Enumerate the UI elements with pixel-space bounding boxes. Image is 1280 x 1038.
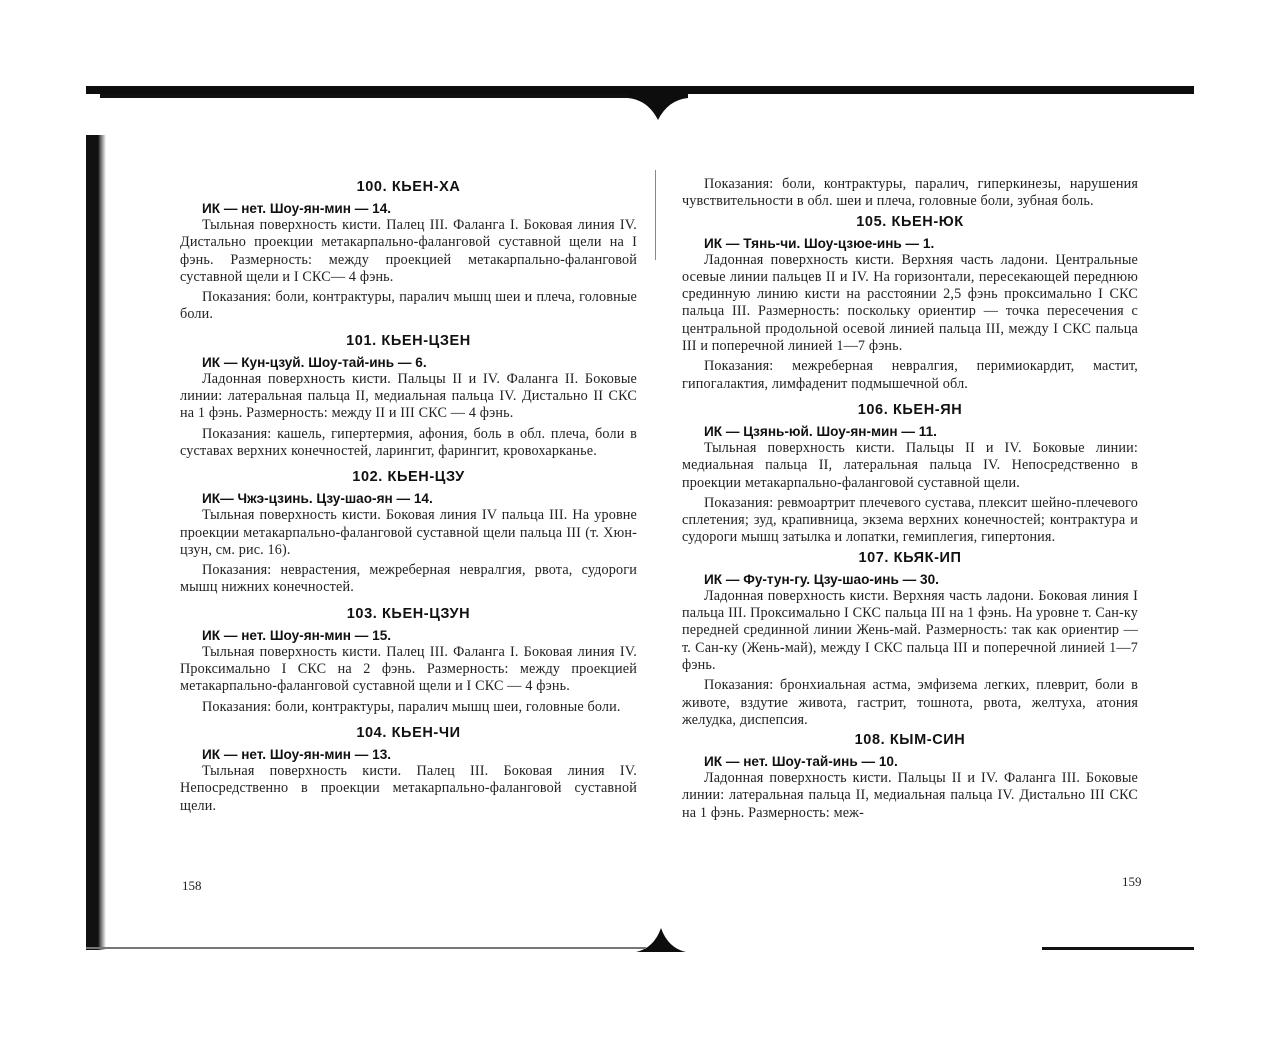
- entry-heading: 102. КЬЕН-ЦЗУ: [180, 468, 637, 486]
- left-page: 100. КЬЕН-ХА ИК — нет. Шоу-ян-мин — 14. …: [180, 176, 637, 815]
- entry-heading: 100. КЬЕН-ХА: [180, 178, 637, 196]
- entry-ik: ИК — нет. Шоу-ян-мин — 14.: [180, 200, 637, 217]
- book-spine-top: [628, 92, 688, 122]
- entry-description: Тыльная поверхность кисти. Палец III. Фа…: [180, 217, 637, 286]
- entry-indications: Показания: межреберная невралгия, перими…: [682, 358, 1138, 393]
- page-number-right: 159: [1122, 874, 1142, 890]
- entry-heading: 101. КЬЕН-ЦЗЕН: [180, 332, 637, 350]
- entry-description: Ладонная поверхность кисти. Пальцы II и …: [682, 770, 1138, 822]
- page-number-left: 158: [182, 878, 202, 894]
- entry-heading: 105. КЬЕН-ЮК: [682, 213, 1138, 231]
- entry-description: Тыльная поверхность кисти. Палец III. Фа…: [180, 644, 637, 696]
- entry-heading: 108. КЫМ-СИН: [682, 731, 1138, 749]
- entry-indications: Показания: кашель, гипертермия, афония, …: [180, 426, 637, 461]
- entry-106: 106. КЬЕН-ЯН ИК — Цзянь-юй. Шоу-ян-мин —…: [682, 401, 1138, 547]
- entry-indications: Показания: бронхиальная астма, эмфизема …: [682, 677, 1138, 729]
- entry-ik: ИК — Фу-тун-гу. Цзу-шао-инь — 30.: [682, 571, 1138, 588]
- entry-100: 100. КЬЕН-ХА ИК — нет. Шоу-ян-мин — 14. …: [180, 178, 637, 324]
- entry-ik: ИК — нет. Шоу-ян-мин — 15.: [180, 627, 637, 644]
- entry-102: 102. КЬЕН-ЦЗУ ИК— Чжэ-цзинь. Цзу-шао-ян …: [180, 468, 637, 596]
- entry-description: Тыльная поверхность кисти. Боковая линия…: [180, 507, 637, 559]
- entry-heading: 107. КЬЯК-ИП: [682, 549, 1138, 567]
- entry-ik: ИК — Цзянь-юй. Шоу-ян-мин — 11.: [682, 423, 1138, 440]
- scan-top-shadow: [100, 94, 645, 104]
- entry-108: 108. КЫМ-СИН ИК — нет. Шоу-тай-инь — 10.…: [682, 731, 1138, 822]
- gutter-line: [655, 170, 656, 260]
- entry-description: Тыльная поверхность кисти. Пальцы II и I…: [682, 440, 1138, 492]
- entry-105: 105. КЬЕН-ЮК ИК — Тянь-чи. Шоу-цзюе-инь …: [682, 213, 1138, 393]
- entry-description: Ладонная поверхность кисти. Верхняя част…: [682, 588, 1138, 674]
- entry-ik: ИК — нет. Шоу-тай-инь — 10.: [682, 753, 1138, 770]
- entry-indications: Показания: ревмоартрит плечевого сустава…: [682, 495, 1138, 547]
- entry-description: Ладонная поверхность кисти. Верхняя част…: [682, 252, 1138, 356]
- entry-indications: Показания: боли, контрактуры, паралич мы…: [180, 289, 637, 324]
- entry-heading: 103. КЬЕН-ЦЗУН: [180, 605, 637, 623]
- entry-ik: ИК— Чжэ-цзинь. Цзу-шао-ян — 14.: [180, 490, 637, 507]
- scan-bottom-edge-right: [1042, 947, 1194, 950]
- entry-ik: ИК — Кун-цзуй. Шоу-тай-инь — 6.: [180, 354, 637, 371]
- scan-left-edge: [86, 135, 106, 950]
- entry-ik: ИК — нет. Шоу-ян-мин — 13.: [180, 746, 637, 763]
- entry-heading: 104. КЬЕН-ЧИ: [180, 724, 637, 742]
- entry-indications: Показания: боли, контрактуры, паралич мы…: [180, 699, 637, 716]
- entry-description: Ладонная поверхность кисти. Пальцы II и …: [180, 371, 637, 423]
- continuation-indications: Показания: боли, контрактуры, паралич, г…: [682, 176, 1138, 211]
- right-page: Показания: боли, контрактуры, паралич, г…: [682, 176, 1138, 822]
- entry-indications: Показания: неврастения, межреберная невр…: [180, 562, 637, 597]
- entry-103: 103. КЬЕН-ЦЗУН ИК — нет. Шоу-ян-мин — 15…: [180, 605, 637, 716]
- entry-104: 104. КЬЕН-ЧИ ИК — нет. Шоу-ян-мин — 13. …: [180, 724, 637, 815]
- entry-101: 101. КЬЕН-ЦЗЕН ИК — Кун-цзуй. Шоу-тай-ин…: [180, 332, 637, 460]
- entry-description: Тыльная поверхность кисти. Палец III. Бо…: [180, 763, 637, 815]
- scan-bottom-edge-left: [86, 947, 646, 949]
- entry-heading: 106. КЬЕН-ЯН: [682, 401, 1138, 419]
- entry-107: 107. КЬЯК-ИП ИК — Фу-тун-гу. Цзу-шао-инь…: [682, 549, 1138, 729]
- entry-ik: ИК — Тянь-чи. Шоу-цзюе-инь — 1.: [682, 235, 1138, 252]
